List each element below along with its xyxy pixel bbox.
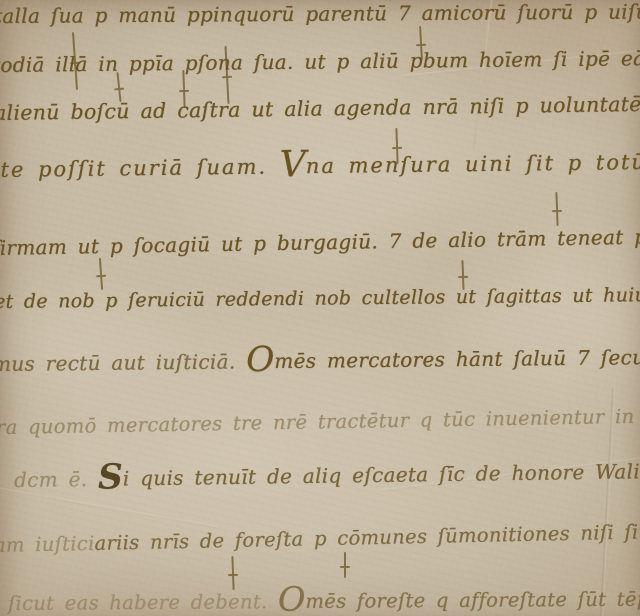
line-text: mēs mercatores hānt ſaluū 7 ſecurū ex <box>274 345 640 373</box>
ink-descender-flourish <box>99 258 103 290</box>
line-text: i quis tenuīt de aliq eſcaeta ſīc de hon… <box>123 459 640 491</box>
line-text: et de nob p ſeruiciū reddendi nob cultel… <box>0 284 640 313</box>
manuscript-line: mus rectū aut iuſticiā. Omēs mercatores … <box>0 345 640 376</box>
manuscript-line: todiā illā in ppīa pſona ſua. ut p aliū … <box>0 46 640 77</box>
manuscript-line-bottom-cropped: ſicut eas habere debent. Omēs foreſte q … <box>8 586 640 615</box>
line-text: ra quomō mercatores tre nrē tractētur q … <box>0 404 640 439</box>
manuscript-line: alienū boſcū ad caſtra ut alia agenda nr… <box>0 91 640 125</box>
enlarged-initial-v: V <box>279 142 306 185</box>
manuscript-line: am iuſticiariis nrīs de foreſta p cōmune… <box>0 519 640 557</box>
ink-descender-flourish <box>116 72 121 102</box>
line-text: firmam ut p ſocagiū ut p burgagiū. 7 de … <box>0 224 640 260</box>
enlarged-initial-o: O <box>278 580 306 616</box>
line-text: mēs foreſte q afforeſtate ſūt tēpore nrō… <box>305 586 640 613</box>
ink-descender-flourish <box>344 552 346 578</box>
manuscript-line: dcm ē. Si quis tenuīt de aliq eſcaeta ſī… <box>14 459 640 492</box>
manuscript-line: tte poſſit curiā ſuam. Vna menſura uini … <box>0 149 640 182</box>
enlarged-initial-s: S <box>98 457 123 497</box>
manuscript-line: talla ſua p manū ppinquorū parentū 7 ami… <box>0 0 640 28</box>
manuscript-line-faded: ra quomō mercatores tre nrē tractētur q … <box>0 404 640 439</box>
line-text: ſicut eas habere debent. <box>8 590 268 615</box>
line-text: ariis nrīs de foreſta p cōmunes ſūmoniti… <box>94 519 640 555</box>
manuscript-line: et de nob p ſeruiciū reddendi nob cultel… <box>0 284 640 313</box>
manuscript-line: firmam ut p ſocagiū ut p burgagiū. 7 de … <box>0 224 640 260</box>
enlarged-initial-o: O <box>246 340 275 380</box>
line-text: dcm ē. <box>14 467 88 492</box>
line-text: tte poſſit curiā ſuam. <box>0 155 267 182</box>
line-text: alienū boſcū ad caſtra ut alia agenda nr… <box>0 91 640 125</box>
line-text: mus rectū aut iuſticiā. <box>0 349 236 376</box>
line-text: na menſura uini ſit p totū reg <box>306 149 640 178</box>
parchment-photo: talla ſua p manū ppinquorū parentū 7 ami… <box>0 0 640 616</box>
line-text: am iuſtici <box>0 532 95 557</box>
ink-descender-flourish <box>555 192 558 226</box>
ink-descender-flourish <box>231 556 234 590</box>
line-text: talla ſua p manū ppinquorū parentū 7 ami… <box>0 0 640 28</box>
line-text: todiā illā in ppīa pſona ſua. ut p aliū … <box>0 46 640 77</box>
